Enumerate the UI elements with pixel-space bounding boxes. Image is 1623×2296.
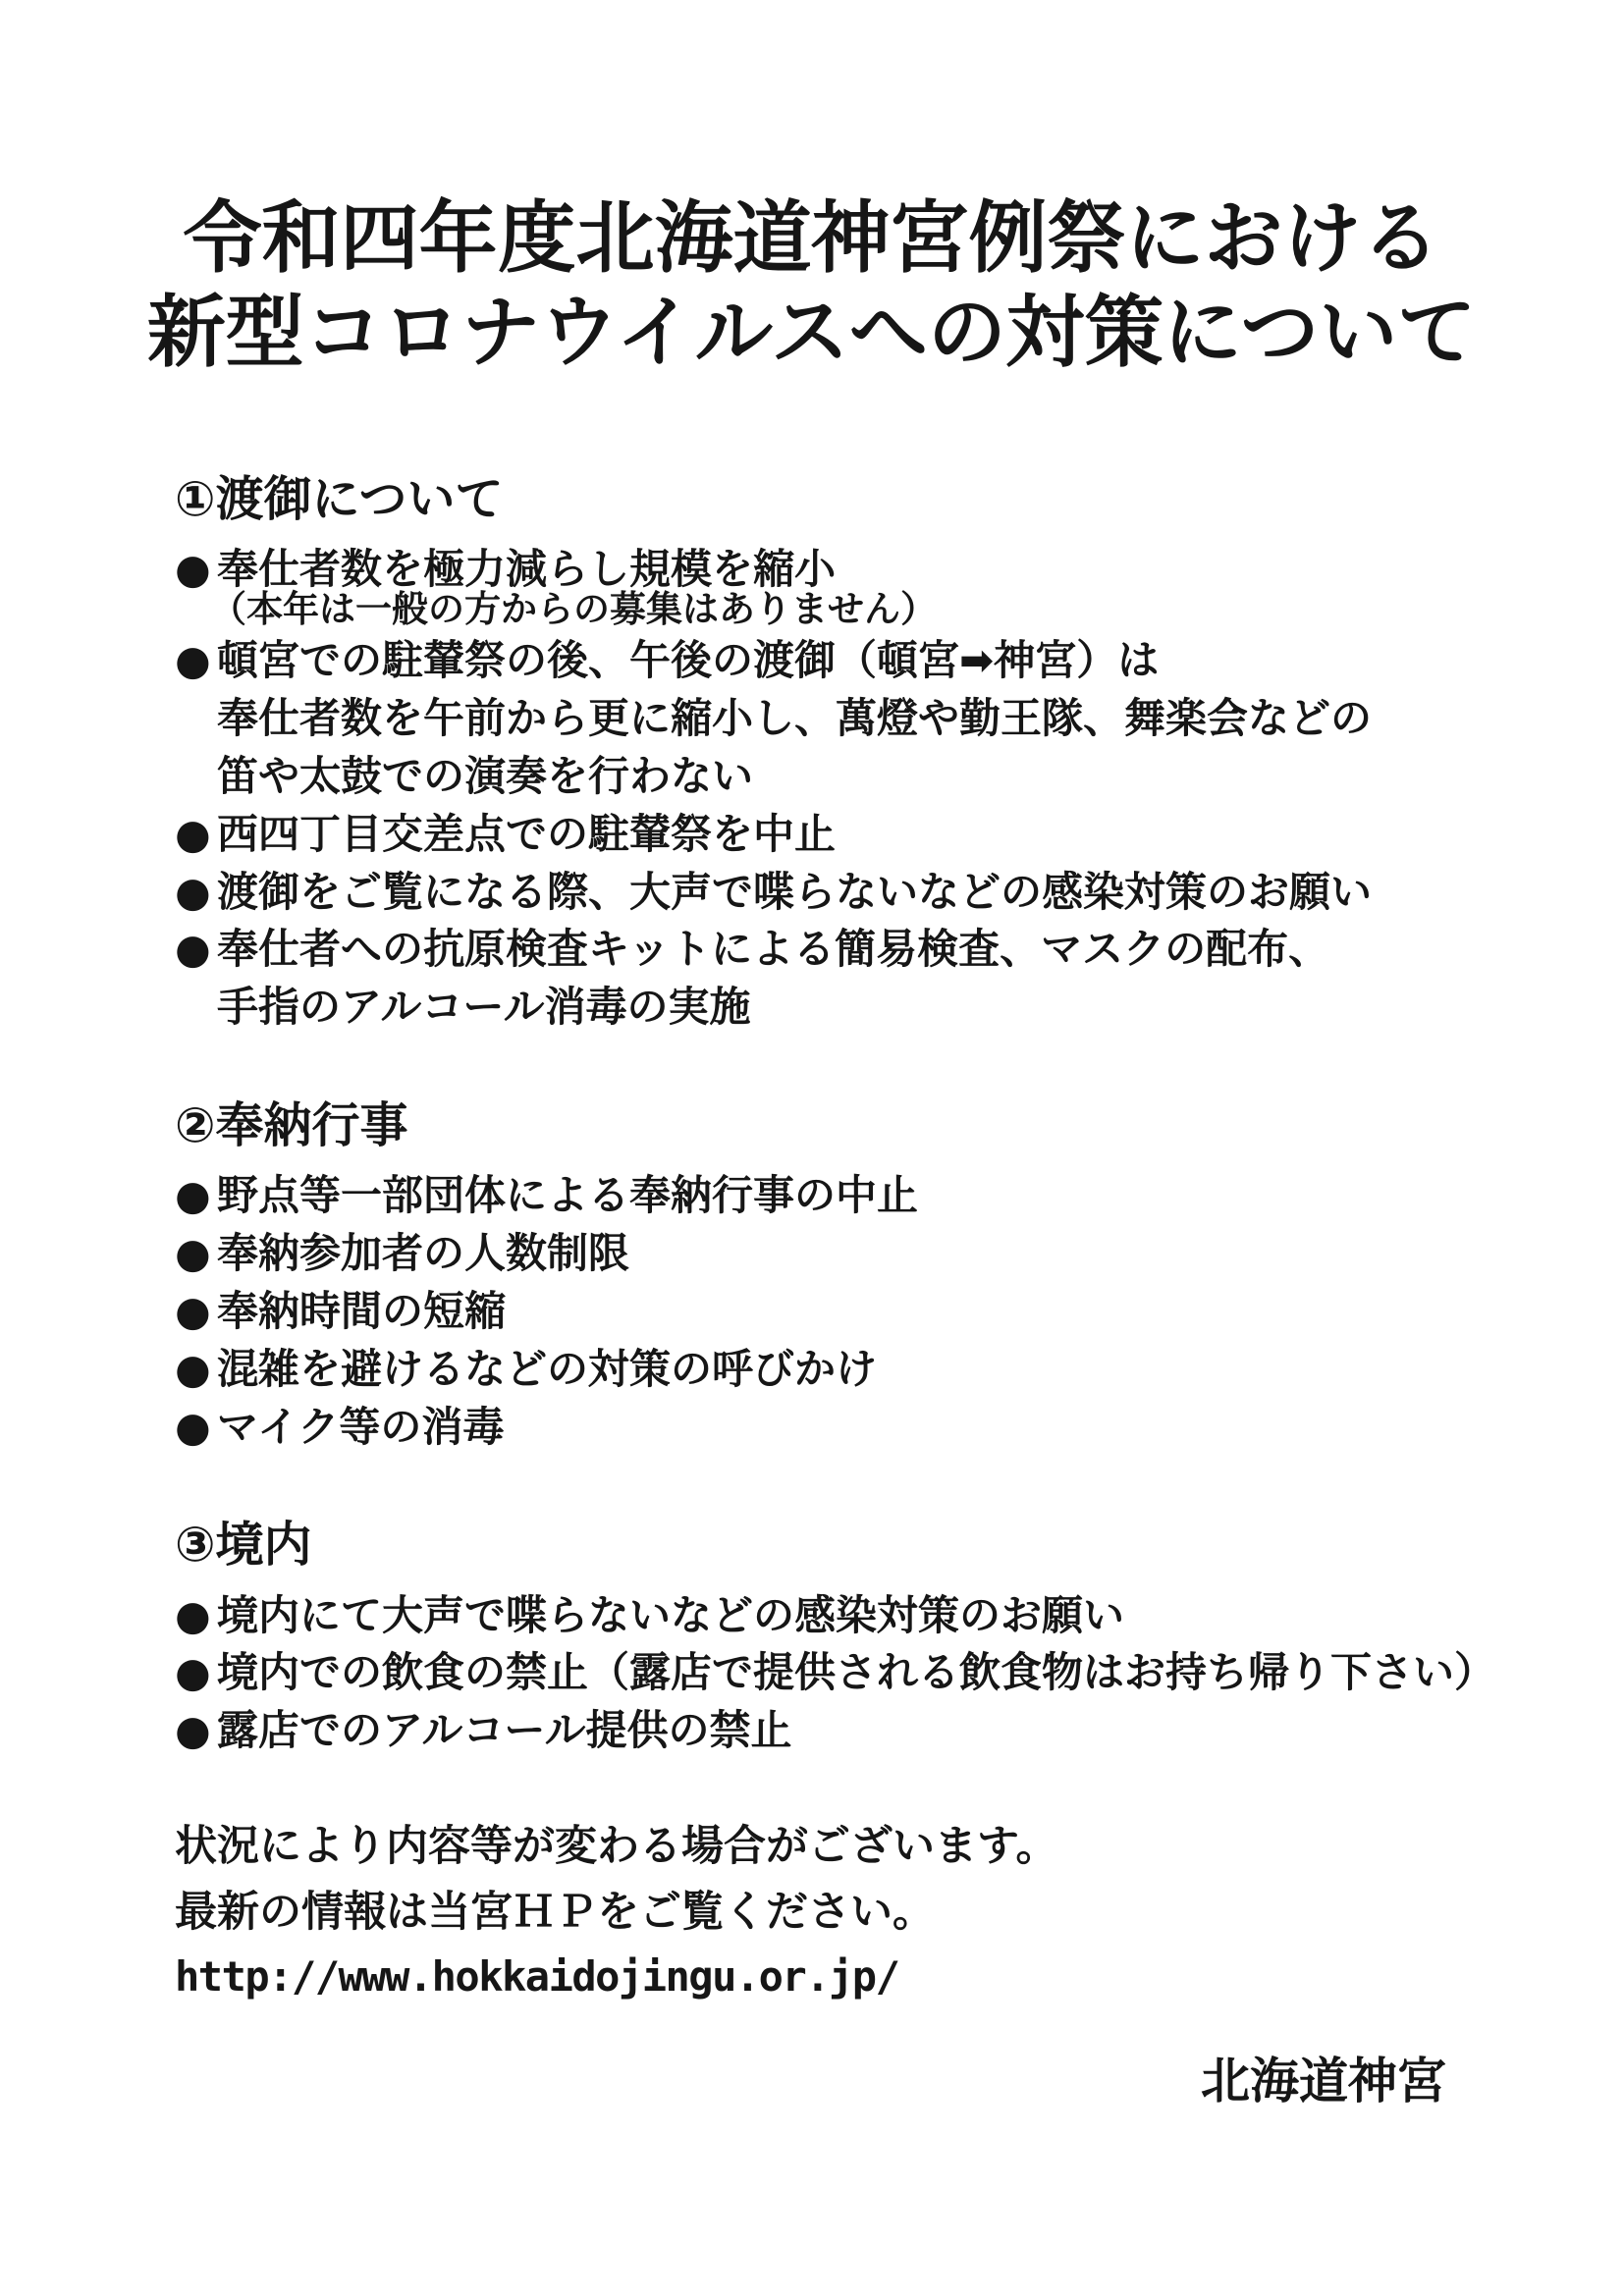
bullet-item: ●奉納時間の短縮 bbox=[175, 1283, 1564, 1341]
section-hono-gyoji: ②奉納行事 ●野点等一部団体による奉納行事の中止 ●奉納参加者の人数制限 ●奉納… bbox=[175, 1098, 1564, 1456]
bullet-item-text: 露店でのアルコール提供の禁止 bbox=[217, 1706, 791, 1754]
bullet-item-line: ●渡御をご覧になる際、大声で喋らないなどの感染対策のお願い bbox=[175, 864, 1564, 922]
bullet-item: ●野点等一部団体による奉納行事の中止 bbox=[175, 1167, 1564, 1225]
section-togyo: ①渡御について ●奉仕者数を極力減らし規模を縮小 （本年は一般の方からの募集はあ… bbox=[175, 472, 1564, 1037]
bullet-item: ●境内にて大声で喋らないなどの感染対策のお願い bbox=[175, 1587, 1564, 1645]
bullet-item: ●渡御をご覧になる際、大声で喋らないなどの感染対策のお願い bbox=[175, 864, 1564, 922]
document-title: 令和四年度北海道神宮例祭における 新型コロナウイルスへの対策について bbox=[0, 0, 1623, 380]
bullet-item: ●西四丁目交差点での駐輦祭を中止 bbox=[175, 806, 1564, 864]
section-heading: ③境内 bbox=[175, 1518, 1564, 1573]
bullet-icon: ● bbox=[175, 864, 217, 922]
bullet-item-line: ●野点等一部団体による奉納行事の中止 bbox=[175, 1167, 1564, 1225]
bullet-item: ●マイク等の消毒 bbox=[175, 1399, 1564, 1457]
section-keidai: ③境内 ●境内にて大声で喋らないなどの感染対策のお願い ●境内での飲食の禁止（露… bbox=[175, 1518, 1564, 1760]
bullet-item-text: 混雑を避けるなどの対策の呼びかけ bbox=[217, 1345, 877, 1393]
bullet-item-line: ●奉仕者への抗原検査キットによる簡易検査、マスクの配布、 bbox=[175, 921, 1564, 979]
bullet-item-text: 奉仕者への抗原検査キットによる簡易検査、マスクの配布、 bbox=[217, 925, 1329, 973]
bullet-icon: ● bbox=[175, 1702, 217, 1760]
bullet-icon: ● bbox=[175, 632, 217, 690]
bullet-item-line: ●境内にて大声で喋らないなどの感染対策のお願い bbox=[175, 1587, 1564, 1645]
footer-notice-line-2: 最新の情報は当宮ＨＰをご覧ください。 bbox=[175, 1880, 1564, 1946]
bullet-item-text: 奉仕者数を極力減らし規模を縮小 bbox=[217, 545, 836, 593]
bullet-item-text: マイク等の消毒 bbox=[217, 1403, 504, 1451]
section-heading: ①渡御について bbox=[175, 472, 1564, 527]
bullet-icon: ● bbox=[175, 1167, 217, 1225]
bullet-list: ●野点等一部団体による奉納行事の中止 ●奉納参加者の人数制限 ●奉納時間の短縮 … bbox=[175, 1167, 1564, 1456]
bullet-item-text: 西四丁目交差点での駐輦祭を中止 bbox=[217, 810, 836, 858]
bullet-item-note: （本年は一般の方からの募集はありません） bbox=[175, 587, 1564, 632]
bullet-item: ●混雑を避けるなどの対策の呼びかけ bbox=[175, 1341, 1564, 1399]
bullet-item-continuation: 手指のアルコール消毒の実施 bbox=[175, 979, 1564, 1037]
document-body: ①渡御について ●奉仕者数を極力減らし規模を縮小 （本年は一般の方からの募集はあ… bbox=[0, 472, 1623, 2110]
bullet-item-continuation: 奉仕者数を午前から更に縮小し、萬燈や勤王隊、舞楽会などの bbox=[175, 690, 1564, 748]
bullet-item-line: ●西四丁目交差点での駐輦祭を中止 bbox=[175, 806, 1564, 864]
bullet-list: ●奉仕者数を極力減らし規模を縮小 （本年は一般の方からの募集はありません） ●頓… bbox=[175, 541, 1564, 1037]
bullet-item: ●露店でのアルコール提供の禁止 bbox=[175, 1702, 1564, 1760]
bullet-item-text: 奉納時間の短縮 bbox=[217, 1287, 506, 1335]
signature: 北海道神宮 bbox=[175, 2052, 1564, 2110]
bullet-item-line: ●奉納参加者の人数制限 bbox=[175, 1225, 1564, 1283]
bullet-item-text: 境内にて大声で喋らないなどの感染対策のお願い bbox=[217, 1591, 1124, 1639]
bullet-list: ●境内にて大声で喋らないなどの感染対策のお願い ●境内での飲食の禁止（露店で提供… bbox=[175, 1587, 1564, 1760]
bullet-item-line: ●境内での飲食の禁止（露店で提供される飲食物はお持ち帰り下さい） bbox=[175, 1644, 1564, 1702]
bullet-item-line: ●マイク等の消毒 bbox=[175, 1399, 1564, 1457]
footer-url: http://www.hokkaidojingu.or.jp/ bbox=[175, 1945, 1564, 2008]
bullet-item-text: 野点等一部団体による奉納行事の中止 bbox=[217, 1171, 918, 1219]
bullet-item-continuation: 笛や太鼓での演奏を行わない bbox=[175, 748, 1564, 806]
bullet-icon: ● bbox=[175, 1225, 217, 1283]
document-page: 令和四年度北海道神宮例祭における 新型コロナウイルスへの対策について ①渡御につ… bbox=[0, 0, 1623, 2296]
footer-notice: 状況により内容等が変わる場合がございます。 最新の情報は当宮ＨＰをご覧ください。… bbox=[175, 1814, 1564, 2008]
bullet-item-text: 奉納参加者の人数制限 bbox=[217, 1229, 629, 1277]
title-line-2: 新型コロナウイルスへの対策について bbox=[0, 286, 1623, 380]
bullet-item: ●頓宮での駐輦祭の後、午後の渡御（頓宮➡神宮）は 奉仕者数を午前から更に縮小し、… bbox=[175, 632, 1564, 805]
title-line-1: 令和四年度北海道神宮例祭における bbox=[0, 191, 1623, 286]
bullet-item-text: 境内での飲食の禁止（露店で提供される飲食物はお持ち帰り下さい） bbox=[217, 1648, 1495, 1696]
bullet-item-line: ●頓宮での駐輦祭の後、午後の渡御（頓宮➡神宮）は bbox=[175, 632, 1564, 690]
bullet-item-line: ●混雑を避けるなどの対策の呼びかけ bbox=[175, 1341, 1564, 1399]
bullet-icon: ● bbox=[175, 1399, 217, 1457]
bullet-item: ●奉納参加者の人数制限 bbox=[175, 1225, 1564, 1283]
bullet-item: ●奉仕者数を極力減らし規模を縮小 （本年は一般の方からの募集はありません） bbox=[175, 541, 1564, 632]
bullet-item-text: 頓宮での駐輦祭の後、午後の渡御（頓宮➡神宮）は bbox=[217, 636, 1159, 684]
bullet-item-text: 渡御をご覧になる際、大声で喋らないなどの感染対策のお願い bbox=[217, 868, 1372, 916]
bullet-icon: ● bbox=[175, 1644, 217, 1702]
bullet-icon: ● bbox=[175, 806, 217, 864]
footer-notice-line-1: 状況により内容等が変わる場合がございます。 bbox=[175, 1814, 1564, 1880]
bullet-item: ●境内での飲食の禁止（露店で提供される飲食物はお持ち帰り下さい） bbox=[175, 1644, 1564, 1702]
bullet-item: ●奉仕者への抗原検査キットによる簡易検査、マスクの配布、 手指のアルコール消毒の… bbox=[175, 921, 1564, 1037]
section-heading: ②奉納行事 bbox=[175, 1098, 1564, 1153]
bullet-item-line: ●露店でのアルコール提供の禁止 bbox=[175, 1702, 1564, 1760]
bullet-icon: ● bbox=[175, 921, 217, 979]
bullet-icon: ● bbox=[175, 1341, 217, 1399]
bullet-icon: ● bbox=[175, 1587, 217, 1645]
bullet-icon: ● bbox=[175, 1283, 217, 1341]
bullet-item-line: ●奉納時間の短縮 bbox=[175, 1283, 1564, 1341]
